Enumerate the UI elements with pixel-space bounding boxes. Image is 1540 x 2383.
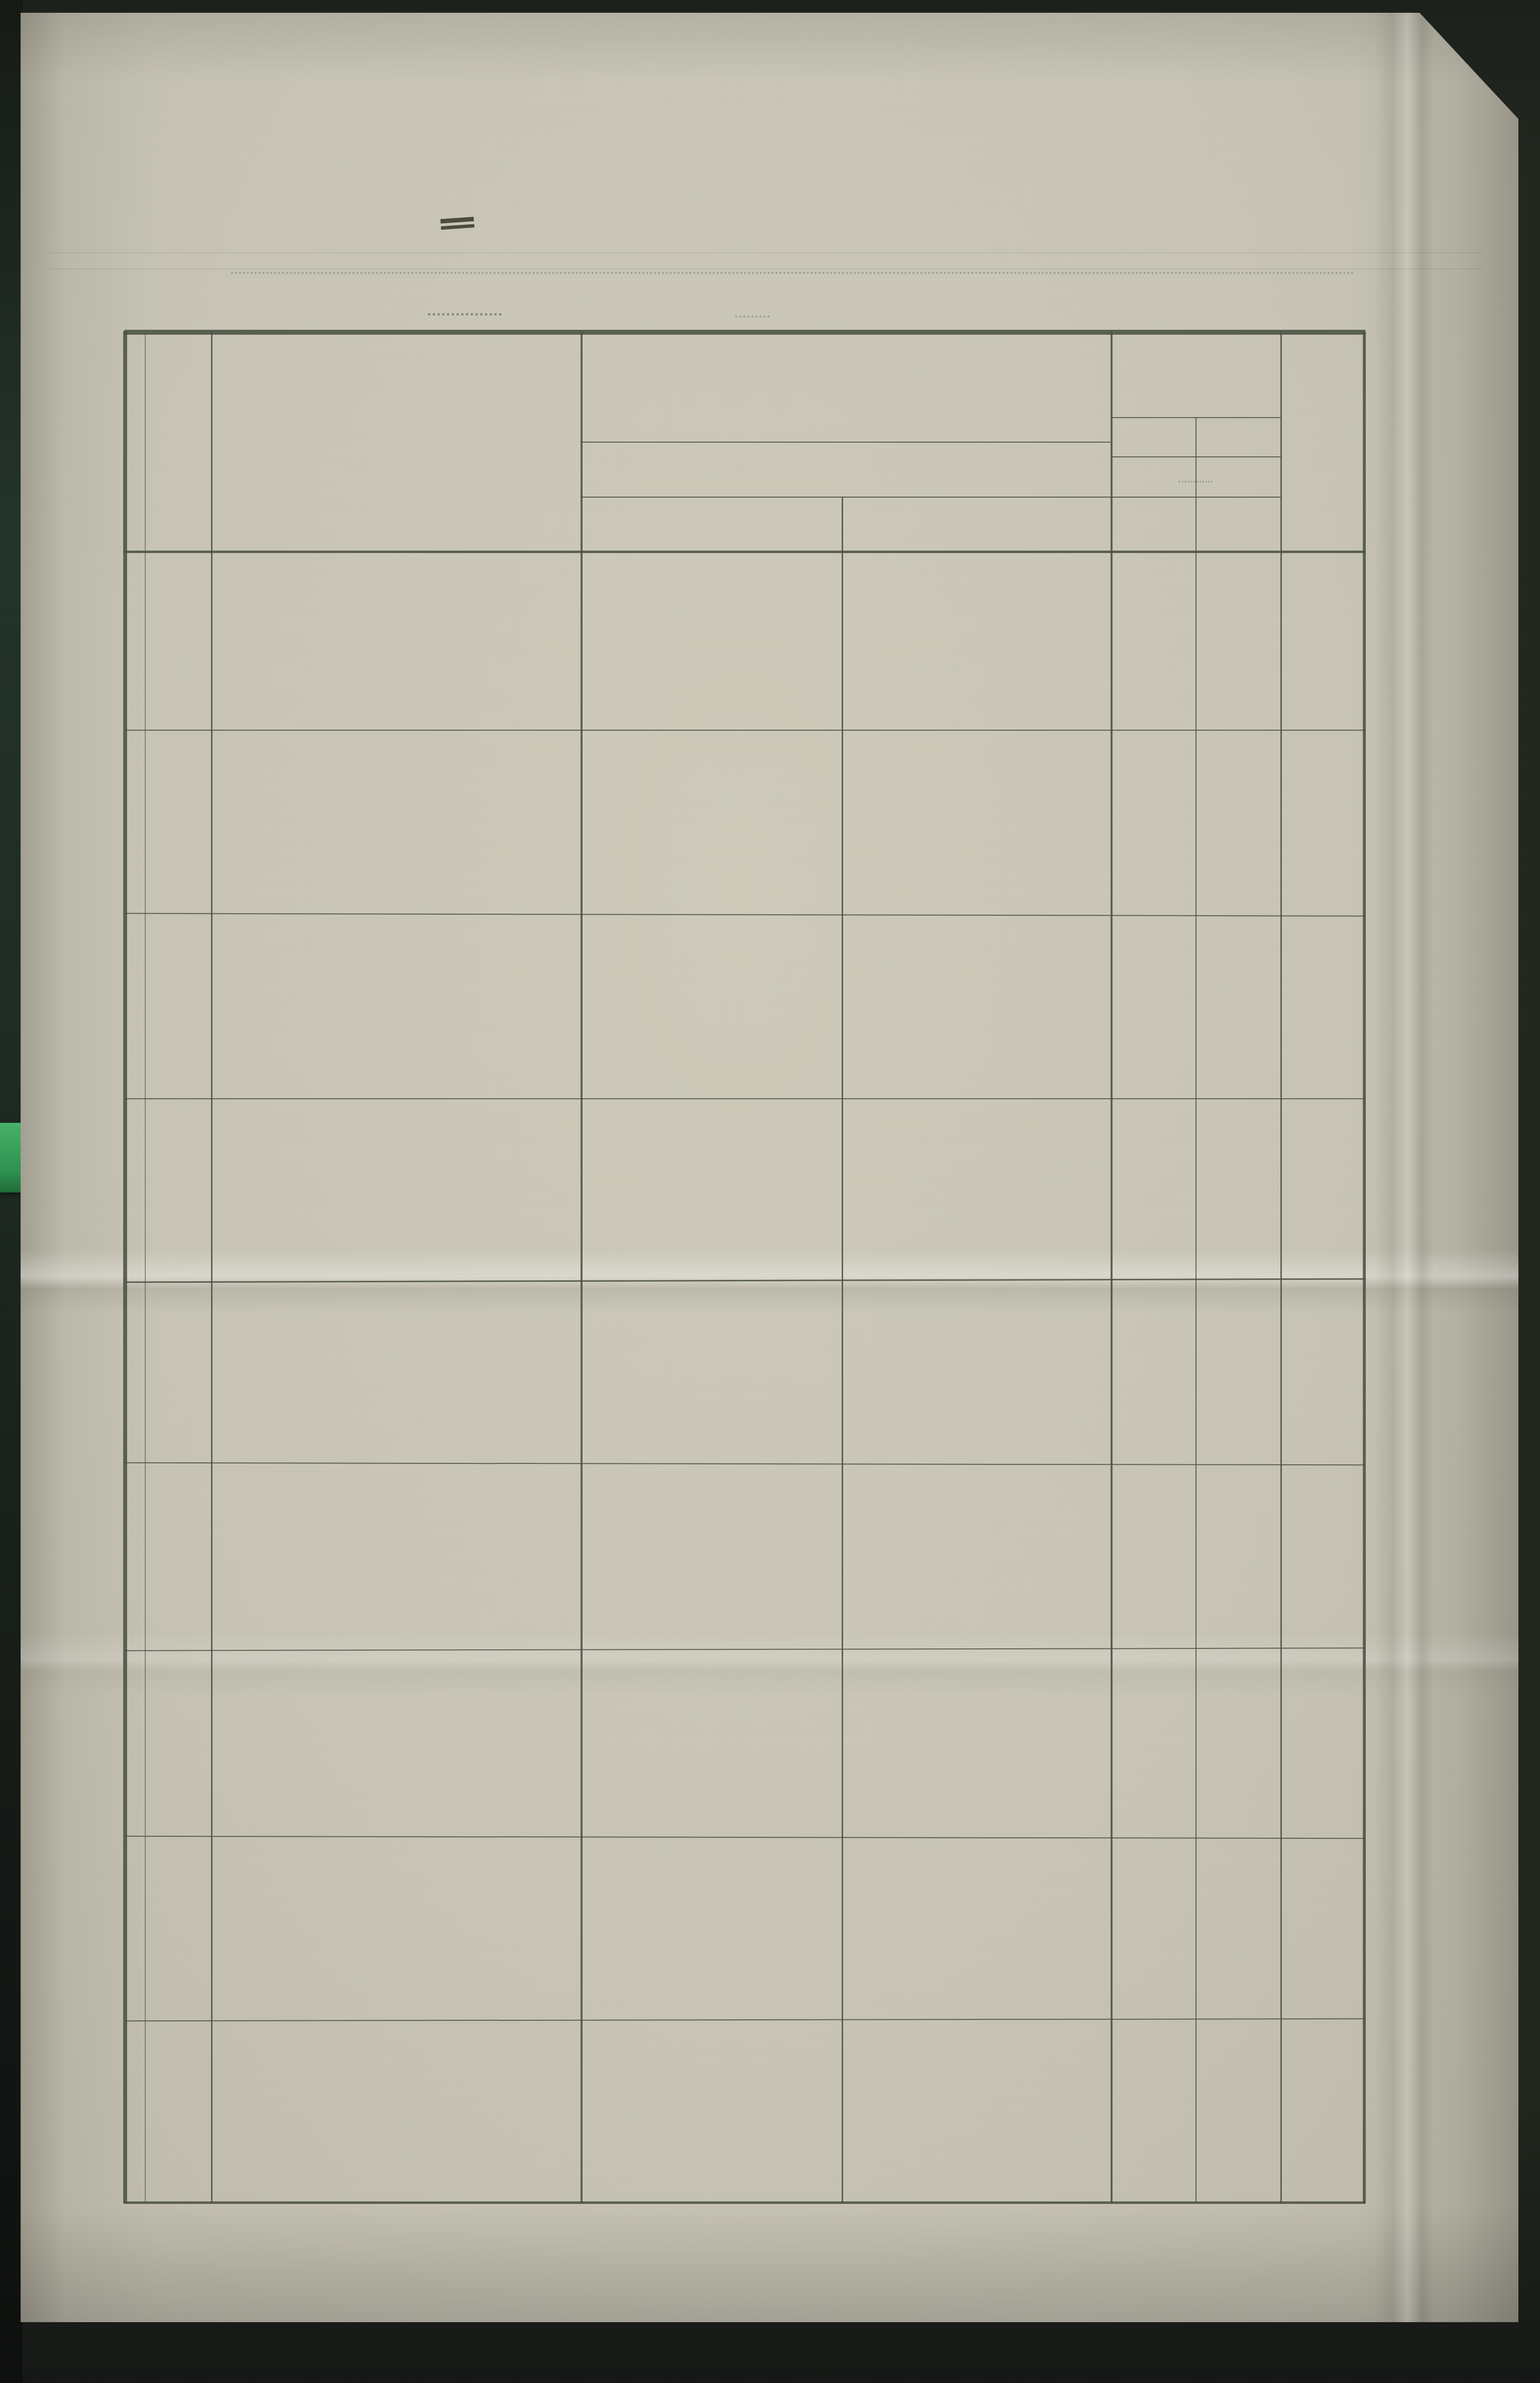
table-grid-line bbox=[1111, 456, 1280, 457]
header-index-column bbox=[144, 331, 211, 551]
class-number-handwritten bbox=[440, 217, 474, 230]
subtitle-line1 bbox=[124, 257, 1362, 274]
row-divider-line bbox=[124, 913, 1365, 916]
paper-sheet bbox=[21, 13, 1518, 2322]
table-grid-line bbox=[581, 497, 1280, 498]
table-grid-line bbox=[123, 331, 127, 2203]
header-fee-semester bbox=[1111, 467, 1280, 487]
scan-artifact-line bbox=[50, 252, 1483, 253]
row-divider-line bbox=[124, 1462, 1365, 1465]
vertical-fold-crease bbox=[1375, 13, 1434, 2322]
table-grid-line bbox=[581, 331, 583, 2203]
table-grid-line bbox=[124, 2201, 1365, 2204]
year-dotted-line bbox=[735, 316, 770, 318]
row-divider-line bbox=[124, 1836, 1365, 1839]
row-divider-line bbox=[124, 1278, 1365, 1283]
table-grid-line bbox=[581, 442, 1111, 443]
register-table bbox=[124, 331, 1365, 2203]
row-divider-line bbox=[124, 730, 1365, 731]
table-grid-line bbox=[145, 331, 146, 2203]
row-divider-line bbox=[124, 1098, 1365, 1099]
dotted-leader bbox=[231, 257, 1354, 274]
header-birthplace-handwritten bbox=[581, 493, 842, 511]
subtitle-line2 bbox=[21, 294, 1484, 331]
table-grid-line bbox=[1111, 331, 1113, 2203]
row-divider-line bbox=[124, 1647, 1365, 1651]
table-grid-line bbox=[1280, 331, 1282, 2203]
table-grid-line bbox=[124, 551, 1365, 553]
folded-corner bbox=[1417, 12, 1540, 95]
fee-semester-dots bbox=[1178, 481, 1213, 482]
table-grid-line bbox=[1195, 417, 1196, 2203]
table-grid-line bbox=[124, 330, 1365, 335]
header-exit-column bbox=[1280, 331, 1365, 551]
table-grid-line bbox=[1363, 331, 1366, 2203]
row-divider-line bbox=[124, 2018, 1365, 2021]
table-grid-line bbox=[842, 497, 843, 2203]
table-grid-line bbox=[1111, 417, 1280, 418]
table-grid-line bbox=[211, 331, 212, 2203]
